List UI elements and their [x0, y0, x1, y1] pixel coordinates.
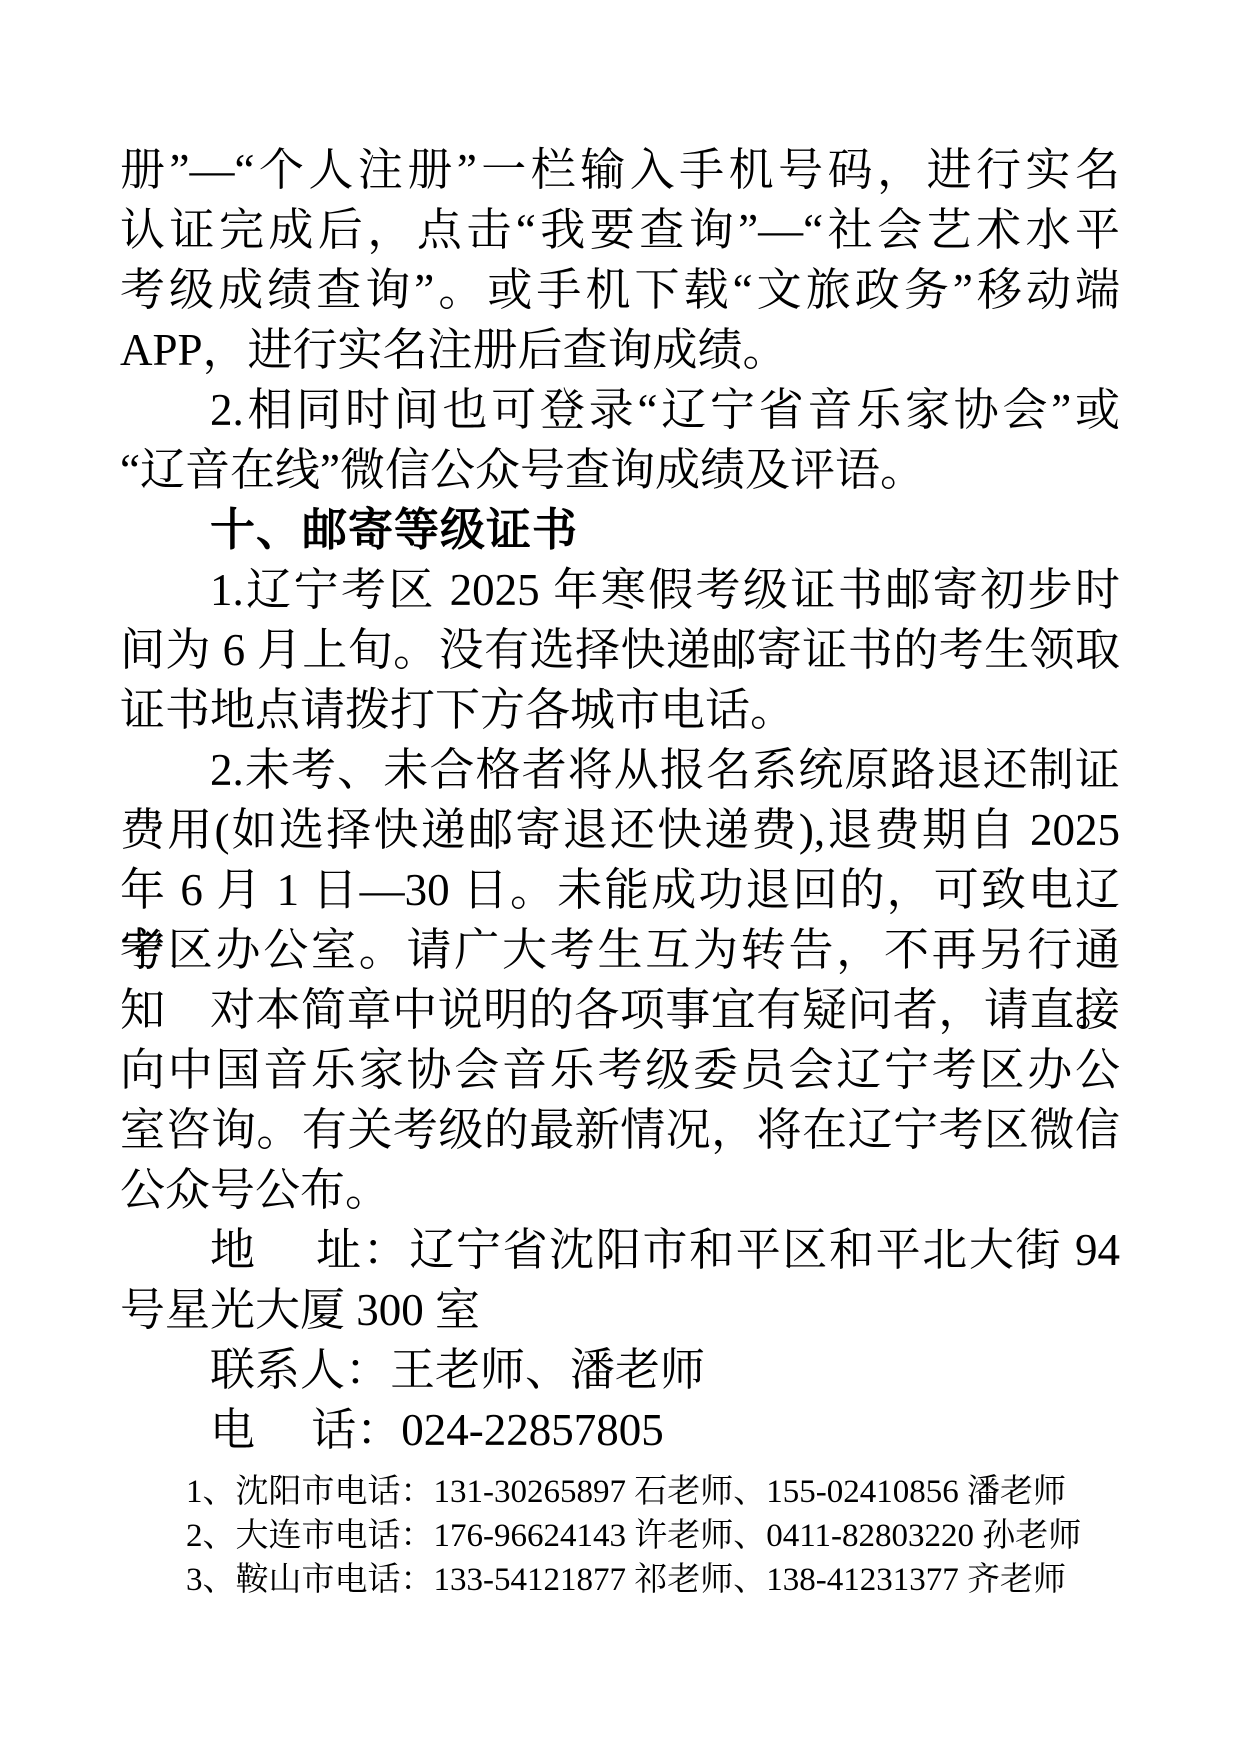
text-line: 向中国音乐家协会音乐考级委员会辽宁考区办公: [120, 1040, 1120, 1100]
text-line: APP，进行实名注册后查询成绩。: [120, 320, 1120, 380]
text-line: “辽音在线”微信公众号查询成绩及评语。: [120, 440, 1120, 500]
text-line: 联系人：王老师、潘老师: [120, 1340, 1120, 1400]
phone-note-line: 3、鞍山市电话：133-54121877 祁老师、138-41231377 齐老…: [120, 1558, 1120, 1602]
phone-note-line: 2、大连市电话：176-96624143 许老师、0411-82803220 孙…: [120, 1514, 1120, 1558]
text-line: 间为 6 月上旬。没有选择快递邮寄证书的考生领取: [120, 620, 1120, 680]
text-line: 2.未考、未合格者将从报名系统原路退还制证: [120, 740, 1120, 800]
text-line: 1.辽宁考区 2025 年寒假考级证书邮寄初步时: [120, 560, 1120, 620]
text-line: 室咨询。有关考级的最新情况，将在辽宁考区微信: [120, 1100, 1120, 1160]
text-line: 年 6 月 1 日—30 日。未能成功退回的，可致电辽宁: [120, 860, 1120, 920]
text-line: 电 话：024-22857805: [120, 1400, 1120, 1460]
text-line: 考级成绩查询”。或手机下载“文旅政务”移动端: [120, 260, 1120, 320]
text-line: 对本简章中说明的各项事宜有疑问者，请直接: [120, 980, 1120, 1040]
document-content: 册”—“个人注册”一栏输入手机号码，进行实名认证完成后，点击“我要查询”—“社会…: [120, 0, 1120, 1602]
phone-note-line: 1、沈阳市电话：131-30265897 石老师、155-02410856 潘老…: [120, 1470, 1120, 1514]
text-line: 证书地点请拨打下方各城市电话。: [120, 680, 1120, 740]
text-line: 地 址：辽宁省沈阳市和平区和平北大街 94: [120, 1220, 1120, 1280]
text-line: 费用(如选择快递邮寄退还快递费),退费期自 2025: [120, 800, 1120, 860]
text-line: 公众号公布。: [120, 1160, 1120, 1220]
document-page: 册”—“个人注册”一栏输入手机号码，进行实名认证完成后，点击“我要查询”—“社会…: [0, 0, 1241, 1755]
text-line: 考区办公室。请广大考生互为转告，不再另行通知。: [120, 920, 1120, 980]
text-line: 册”—“个人注册”一栏输入手机号码，进行实名: [120, 140, 1120, 200]
text-line: 2.相同时间也可登录“辽宁省音乐家协会”或: [120, 380, 1120, 440]
text-line: 认证完成后，点击“我要查询”—“社会艺术水平: [120, 200, 1120, 260]
section-heading: 十、邮寄等级证书: [120, 500, 1120, 560]
text-line: 号星光大厦 300 室: [120, 1280, 1120, 1340]
